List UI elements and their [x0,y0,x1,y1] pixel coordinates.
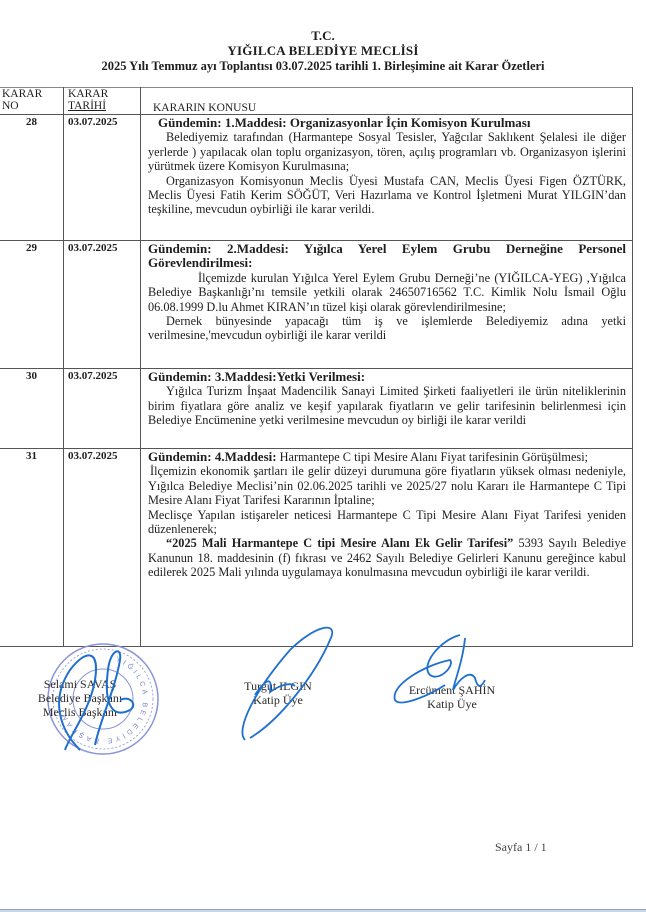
tariff-name: “2025 Mali Harmantepe C tipi Mesire Alan… [166,536,513,550]
decision-paragraph: İlçemizin ekonomik şartları ile gelir dü… [148,464,626,507]
decision-title: Gündemin: 2.Maddesi: Yığılca Yerel Eylem… [148,242,626,271]
decision-date: 03.07.2025 [64,115,141,241]
decision-paragraph: Organizasyon Komisyonun Meclis Üyesi Mus… [148,174,626,217]
decision-paragraph: Dernek bünyesinde yapacağı tüm iş ve işl… [148,314,626,343]
decision-paragraph: “2025 Mali Harmantepe C tipi Mesire Alan… [148,536,626,579]
decision-title: Gündemin: 3.Maddesi:Yetki Verilmesi: [148,370,626,384]
decision-number: 28 [0,115,64,241]
column-header-date-line2: TARİHİ [68,100,106,112]
decision-paragraph: Meclisçe Yapılan istişareler neticesi Ha… [148,508,626,537]
decision-number: 30 [0,369,64,449]
header-council-name: YIĞILCA BELEDİYE MECLİSİ [0,43,646,58]
signer-title: Belediye Başkanı [30,691,130,705]
decision-paragraph: Belediyemiz tarafından (Harmantepe Sosya… [148,130,626,173]
decision-paragraph: İlçemizde kurulan Yığılca Yerel Eylem Gr… [148,271,626,314]
signature-mayor: Selami SAVAŞ Belediye Başkanı Meclis Baş… [30,677,130,719]
column-header-date-line1: KARAR [68,88,108,100]
column-header-no-line2: NO [2,100,19,112]
decision-title-bold: Gündemin: 4.Maddesi: [148,449,277,464]
signer-title: Katip Üye [233,693,323,707]
decision-content: Gündemin: 2.Maddesi: Yığılca Yerel Eylem… [141,241,633,369]
table-row: 31 03.07.2025 Gündemin: 4.Maddesi: Harma… [0,449,633,647]
decision-title-rest: Harmantepe C tipi Mesire Alanı Fiyat tar… [277,450,588,464]
signer-name: Selami SAVAŞ [30,677,130,691]
column-header-no: KARARNO [0,88,64,115]
decision-title: Gündemin: 1.Maddesi: Organizasyonlar İçi… [148,116,626,130]
page-number: Sayfa 1 / 1 [495,840,547,855]
document-header: T.C. YIĞILCA BELEDİYE MECLİSİ 2025 Yılı … [0,28,646,74]
decision-paragraph: Yığılca Turizm İnşaat Madencilik Sanayi … [148,384,626,427]
decision-number: 31 [0,449,64,647]
table-row: 29 03.07.2025 Gündemin: 2.Maddesi: Yığıl… [0,241,633,369]
header-meeting-title: 2025 Yılı Temmuz ayı Toplantısı 03.07.20… [0,58,646,74]
signer-title: Katip Üye [392,697,512,711]
column-header-subject: KARARIN KONUSU [141,88,633,115]
signature-clerk-2: Ercüment ŞAHİN Katip Üye [392,683,512,711]
signer-title: Meclis Başkanı [30,705,130,719]
column-header-date: KARARTARİHİ [64,88,141,115]
decision-content: Gündemin: 3.Maddesi:Yetki Verilmesi: Yığ… [141,369,633,449]
decision-date: 03.07.2025 [64,241,141,369]
table-row: 28 03.07.2025 Gündemin: 1.Maddesi: Organ… [0,115,633,241]
decision-number: 29 [0,241,64,369]
decision-date: 03.07.2025 [64,369,141,449]
decision-content: Gündemin: 1.Maddesi: Organizasyonlar İçi… [141,115,633,241]
column-header-no-line1: KARAR [2,88,42,100]
signature-clerk-1: Turgut ILGIN Katip Üye [233,679,323,707]
signer-name: Turgut ILGIN [233,679,323,693]
table-header-row: KARARNO KARARTARİHİ KARARIN KONUSU [0,88,633,115]
decision-date: 03.07.2025 [64,449,141,647]
decision-content: Gündemin: 4.Maddesi: Harmantepe C tipi M… [141,449,633,647]
table-row: 30 03.07.2025 Gündemin: 3.Maddesi:Yetki … [0,369,633,449]
decision-title: Gündemin: 4.Maddesi: Harmantepe C tipi M… [148,450,626,464]
signer-name: Ercüment ŞAHİN [392,683,512,697]
decisions-table: KARARNO KARARTARİHİ KARARIN KONUSU 28 03… [0,87,633,647]
header-tc: T.C. [0,28,646,43]
